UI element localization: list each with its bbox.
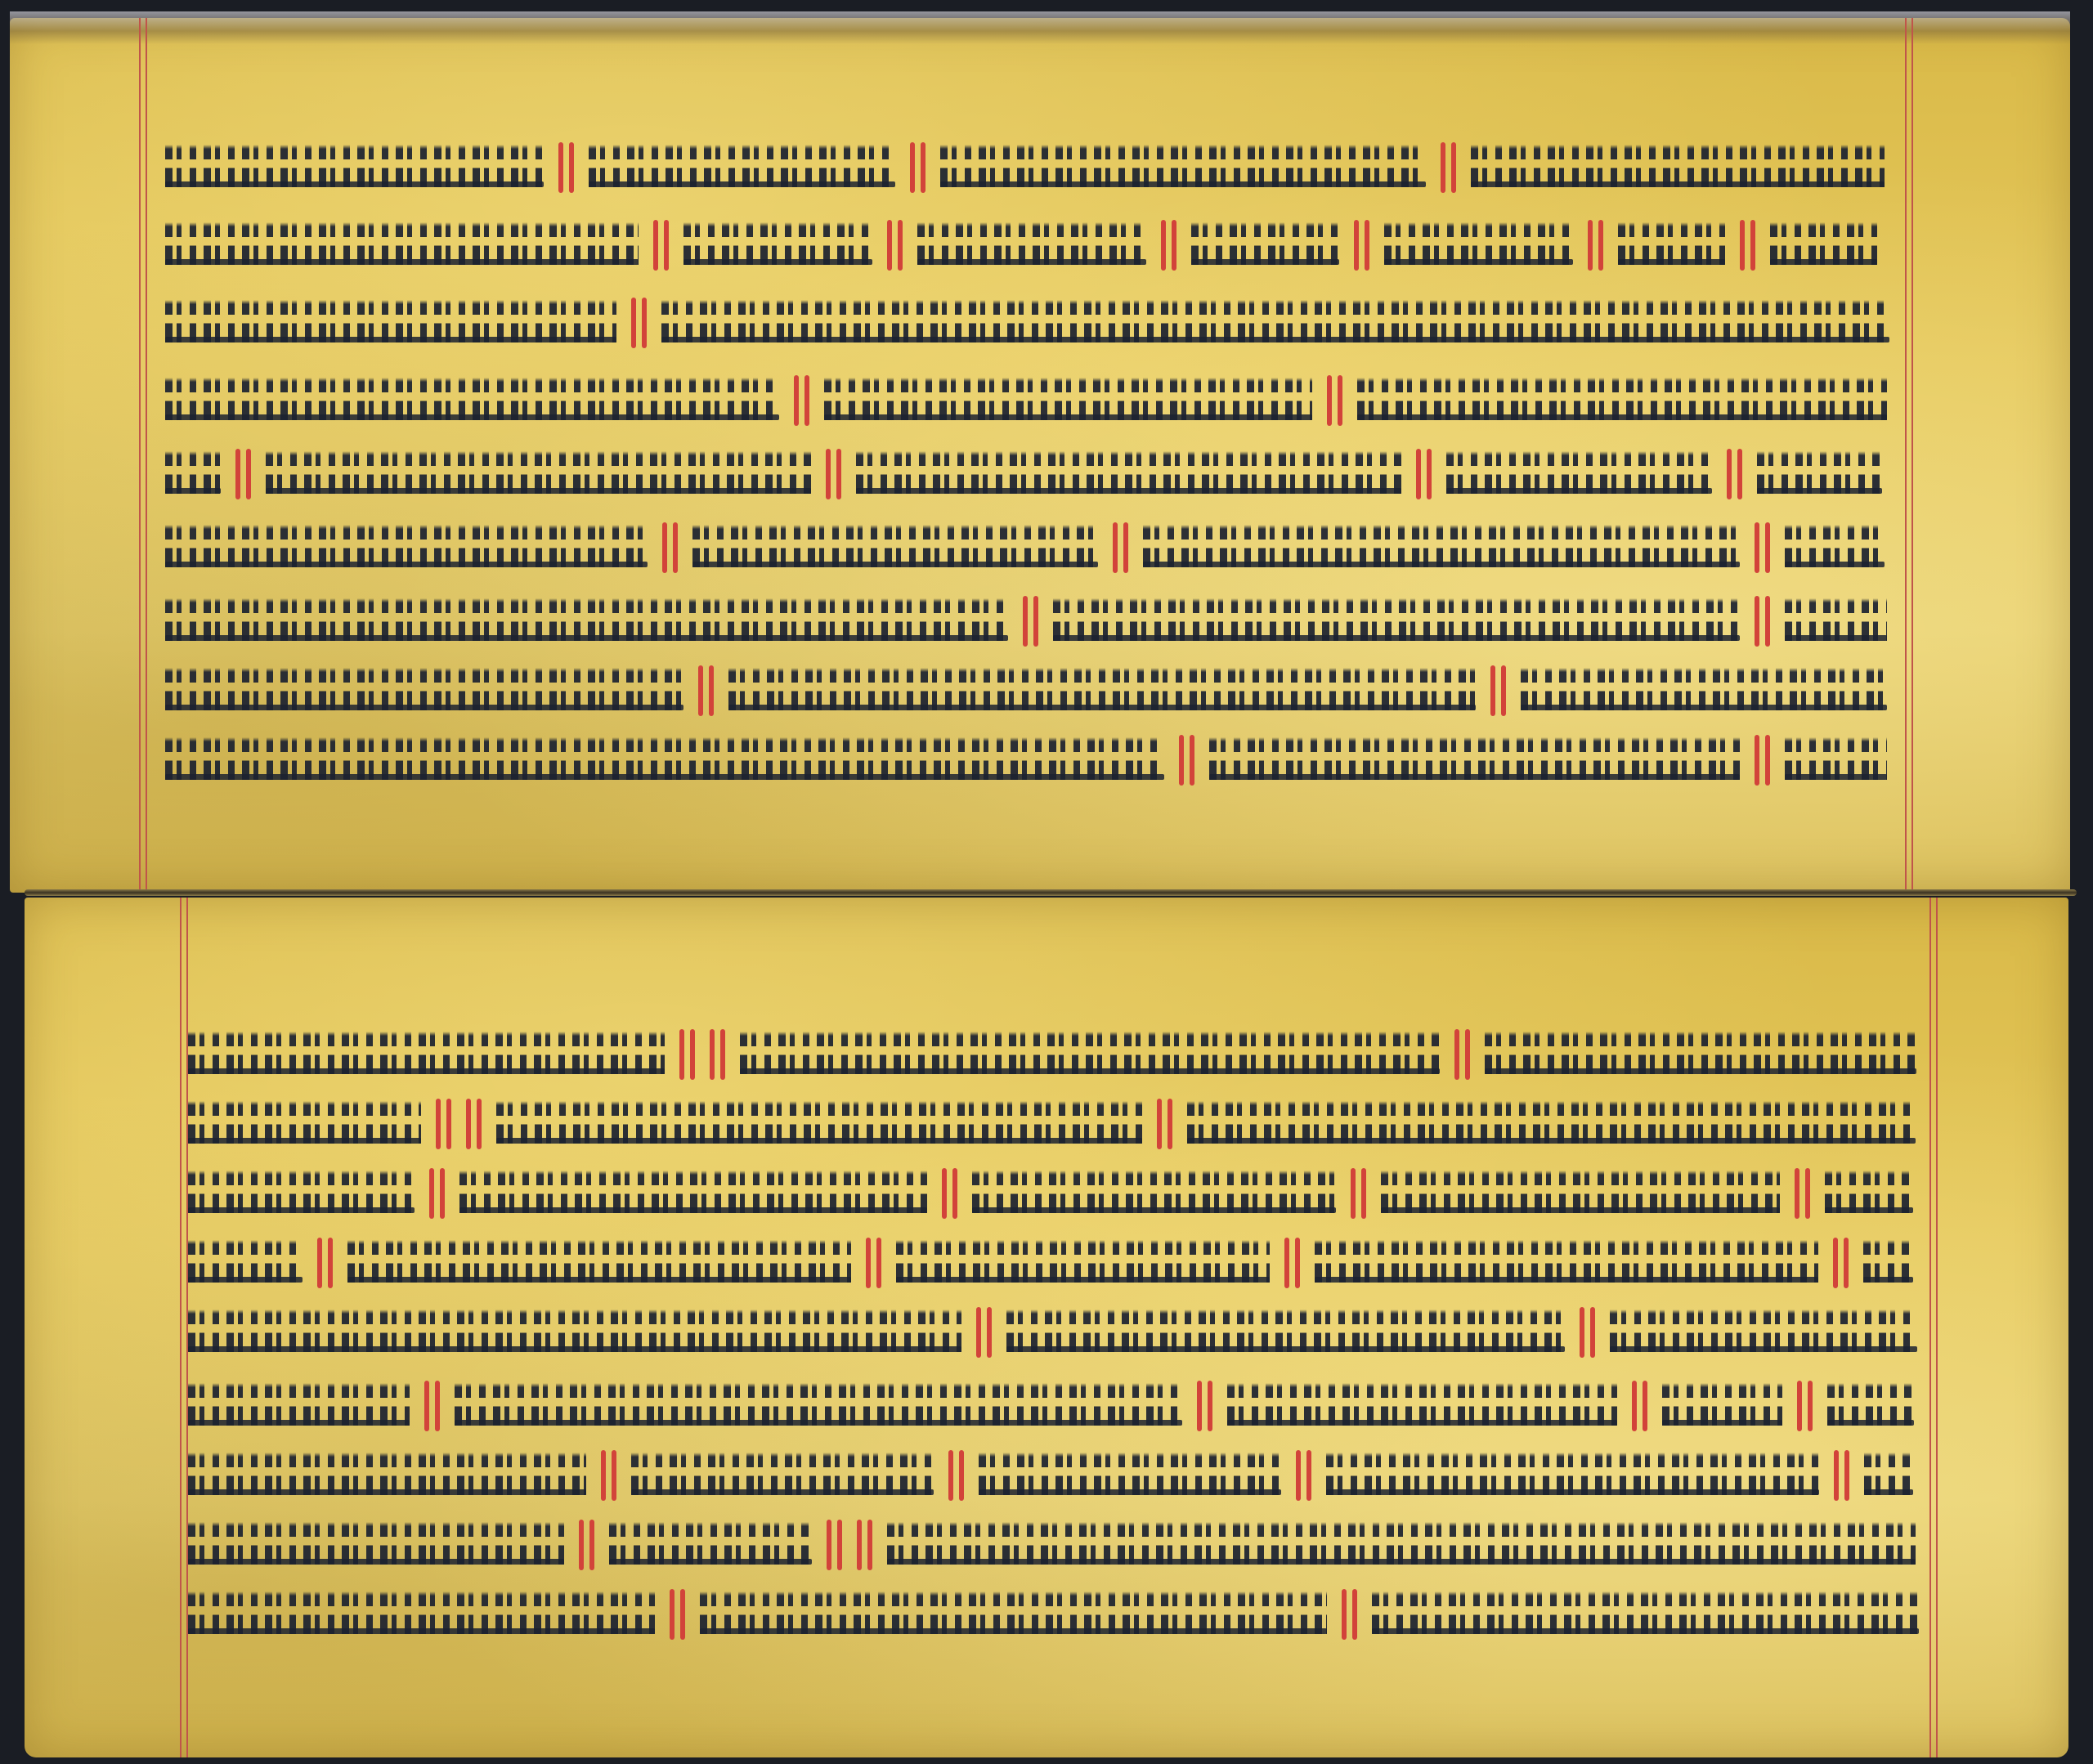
script-segment bbox=[1446, 451, 1712, 497]
red-double-danda bbox=[424, 1381, 440, 1431]
script-segment bbox=[165, 300, 616, 346]
script-segment bbox=[1757, 451, 1882, 497]
script-segment bbox=[1864, 1453, 1913, 1498]
manuscript-page-bottom bbox=[25, 898, 2068, 1757]
red-double-danda bbox=[1441, 142, 1456, 193]
script-segment bbox=[972, 1171, 1336, 1216]
script-segment bbox=[1326, 1453, 1819, 1498]
script-segment bbox=[165, 378, 779, 423]
red-double-danda bbox=[1161, 220, 1176, 271]
script-segment bbox=[188, 1101, 421, 1147]
red-double-danda bbox=[670, 1589, 685, 1640]
red-double-danda bbox=[1755, 735, 1770, 786]
manuscript-line bbox=[165, 662, 1907, 719]
script-segment bbox=[188, 1592, 655, 1637]
script-segment bbox=[1662, 1383, 1782, 1429]
script-segment bbox=[165, 668, 683, 714]
manuscript-line bbox=[165, 139, 1907, 196]
script-segment bbox=[165, 145, 544, 190]
script-segment bbox=[728, 668, 1476, 714]
script-segment bbox=[1785, 525, 1885, 571]
script-segment bbox=[609, 1522, 812, 1568]
script-segment bbox=[188, 1032, 665, 1077]
script-segment bbox=[165, 525, 648, 571]
manuscript-line bbox=[188, 1377, 1938, 1435]
left-margin-rule bbox=[180, 898, 188, 1757]
script-segment bbox=[979, 1453, 1281, 1498]
red-double-danda bbox=[1342, 1589, 1357, 1640]
script-segment bbox=[692, 525, 1098, 571]
script-segment bbox=[1384, 222, 1573, 268]
manuscript-line bbox=[188, 1304, 1938, 1361]
manuscript-line bbox=[188, 1026, 1938, 1083]
red-double-danda bbox=[1833, 1238, 1849, 1288]
red-double-danda bbox=[1727, 449, 1742, 499]
script-segment bbox=[1191, 222, 1339, 268]
manuscript-line bbox=[165, 732, 1907, 789]
script-segment bbox=[1053, 598, 1740, 644]
red-double-danda bbox=[1797, 1381, 1813, 1431]
script-segment bbox=[1187, 1101, 1916, 1147]
script-segment bbox=[459, 1171, 927, 1216]
red-double-danda bbox=[558, 142, 574, 193]
script-segment bbox=[347, 1240, 851, 1286]
script-segment bbox=[1227, 1383, 1617, 1429]
red-double-danda bbox=[857, 1520, 872, 1570]
manuscript-page-top bbox=[10, 18, 2070, 893]
script-segment bbox=[1785, 598, 1887, 644]
red-double-danda bbox=[235, 449, 251, 499]
red-double-danda bbox=[942, 1168, 957, 1219]
red-double-danda bbox=[579, 1520, 594, 1570]
script-segment bbox=[1863, 1240, 1913, 1286]
manuscript-line bbox=[165, 294, 1907, 351]
script-segment bbox=[683, 222, 872, 268]
text-block-bottom bbox=[188, 898, 1938, 1757]
red-double-danda bbox=[887, 220, 903, 271]
script-segment bbox=[661, 300, 1889, 346]
script-segment bbox=[455, 1383, 1182, 1429]
manuscript-line bbox=[165, 593, 1907, 650]
red-double-danda bbox=[1755, 522, 1770, 573]
page-fold bbox=[25, 889, 2077, 896]
red-double-danda bbox=[698, 665, 714, 716]
red-double-danda bbox=[679, 1029, 695, 1080]
red-double-danda bbox=[910, 142, 925, 193]
red-double-danda bbox=[653, 220, 669, 271]
script-segment bbox=[165, 451, 221, 497]
script-segment bbox=[1485, 1032, 1916, 1077]
script-segment bbox=[700, 1592, 1327, 1637]
script-segment bbox=[824, 378, 1312, 423]
left-margin-rule bbox=[139, 18, 147, 893]
red-double-danda bbox=[948, 1450, 964, 1501]
red-double-danda bbox=[466, 1099, 482, 1149]
manuscript-line bbox=[188, 1516, 1938, 1574]
script-segment bbox=[1521, 668, 1887, 714]
red-double-danda bbox=[1454, 1029, 1470, 1080]
script-segment bbox=[589, 145, 895, 190]
red-double-danda bbox=[1755, 596, 1770, 647]
red-double-danda bbox=[1327, 375, 1342, 426]
red-double-danda bbox=[1351, 1168, 1366, 1219]
red-double-danda bbox=[1023, 596, 1038, 647]
red-double-danda bbox=[1740, 220, 1755, 271]
red-double-danda bbox=[1416, 449, 1432, 499]
text-block-top bbox=[165, 18, 1907, 893]
red-double-danda bbox=[1113, 522, 1128, 573]
script-segment bbox=[188, 1453, 586, 1498]
script-segment bbox=[887, 1522, 1916, 1568]
script-segment bbox=[856, 451, 1401, 497]
script-segment bbox=[1825, 1171, 1913, 1216]
red-double-danda bbox=[710, 1029, 725, 1080]
script-segment bbox=[1143, 525, 1740, 571]
script-segment bbox=[1827, 1383, 1914, 1429]
red-double-danda bbox=[1632, 1381, 1647, 1431]
red-double-danda bbox=[1296, 1450, 1311, 1501]
red-double-danda bbox=[1354, 220, 1369, 271]
manuscript-line bbox=[188, 1447, 1938, 1504]
red-double-danda bbox=[429, 1168, 445, 1219]
red-double-danda bbox=[1157, 1099, 1172, 1149]
red-double-danda bbox=[976, 1307, 992, 1358]
red-double-danda bbox=[826, 449, 841, 499]
script-segment bbox=[896, 1240, 1270, 1286]
red-double-danda bbox=[866, 1238, 881, 1288]
script-segment bbox=[188, 1383, 410, 1429]
manuscript-line bbox=[165, 372, 1907, 429]
script-segment bbox=[1610, 1310, 1917, 1355]
script-segment bbox=[1357, 378, 1887, 423]
script-segment bbox=[940, 145, 1426, 190]
red-double-danda bbox=[1284, 1238, 1300, 1288]
red-double-danda bbox=[794, 375, 809, 426]
red-double-danda bbox=[631, 298, 647, 348]
script-segment bbox=[1471, 145, 1885, 190]
red-double-danda bbox=[1197, 1381, 1212, 1431]
red-double-danda bbox=[601, 1450, 616, 1501]
script-segment bbox=[165, 598, 1008, 644]
script-segment bbox=[1372, 1592, 1919, 1637]
red-double-danda bbox=[1580, 1307, 1595, 1358]
script-segment bbox=[188, 1310, 961, 1355]
manuscript-line bbox=[188, 1234, 1938, 1292]
red-double-danda bbox=[662, 522, 678, 573]
script-segment bbox=[1006, 1310, 1565, 1355]
script-segment bbox=[1785, 737, 1887, 783]
script-segment bbox=[188, 1240, 303, 1286]
red-double-danda bbox=[827, 1520, 842, 1570]
script-segment bbox=[631, 1453, 934, 1498]
manuscript-line bbox=[188, 1095, 1938, 1153]
manuscript-line bbox=[165, 445, 1907, 503]
red-double-danda bbox=[1795, 1168, 1810, 1219]
red-double-danda bbox=[1834, 1450, 1849, 1501]
manuscript-line bbox=[165, 519, 1907, 576]
script-segment bbox=[188, 1171, 415, 1216]
script-segment bbox=[1770, 222, 1877, 268]
script-segment bbox=[165, 222, 639, 268]
red-double-danda bbox=[317, 1238, 333, 1288]
script-segment bbox=[1209, 737, 1740, 783]
red-double-danda bbox=[1588, 220, 1603, 271]
script-segment bbox=[496, 1101, 1142, 1147]
red-double-danda bbox=[1179, 735, 1194, 786]
manuscript-line bbox=[188, 1165, 1938, 1222]
document-description: Two facing pages of a handwritten manusc… bbox=[0, 0, 1, 1]
script-segment bbox=[1381, 1171, 1780, 1216]
manuscript-line bbox=[165, 217, 1907, 274]
red-double-danda bbox=[436, 1099, 451, 1149]
manuscript-line bbox=[188, 1586, 1938, 1643]
script-segment bbox=[266, 451, 811, 497]
script-segment bbox=[1315, 1240, 1818, 1286]
script-segment bbox=[1618, 222, 1725, 268]
script-segment bbox=[165, 737, 1164, 783]
script-segment bbox=[740, 1032, 1440, 1077]
script-segment bbox=[917, 222, 1146, 268]
red-double-danda bbox=[1490, 665, 1506, 716]
script-segment bbox=[188, 1522, 564, 1568]
